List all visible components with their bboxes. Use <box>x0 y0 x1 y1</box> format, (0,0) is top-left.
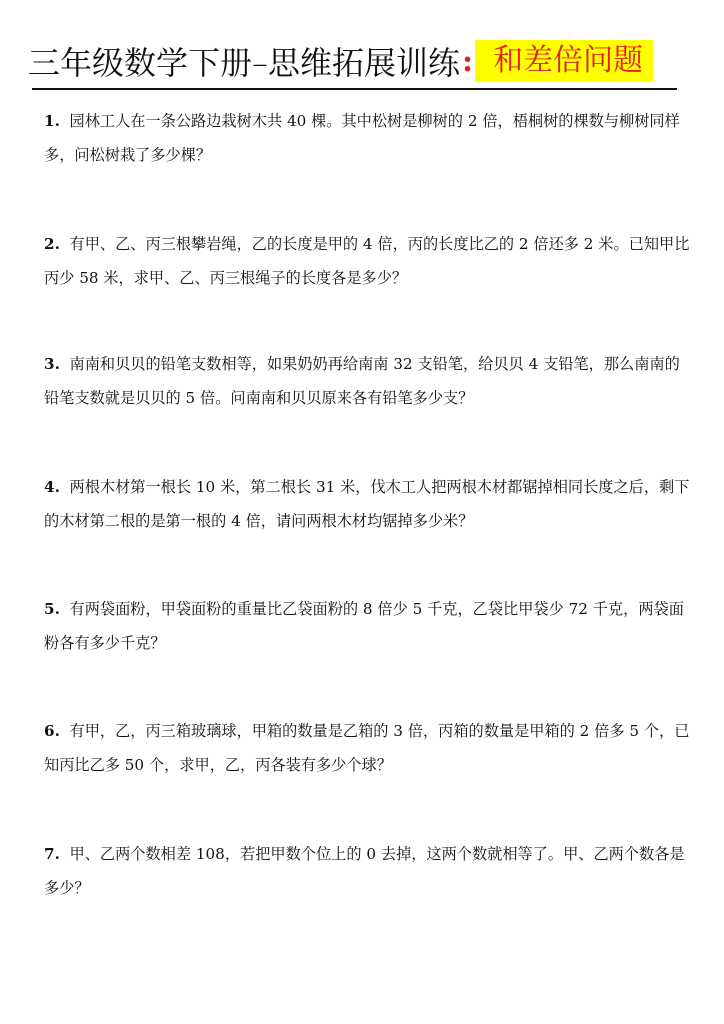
question-text: 南南和贝贝的铅笔支数相等，如果奶奶再给南南 32 支铅笔，给贝贝 4 支铅笔，那… <box>44 355 680 407</box>
question-text: 有甲，乙，丙三箱玻璃球，甲箱的数量是乙箱的 3 倍，丙箱的数量是甲箱的 2 倍多… <box>44 722 689 774</box>
question-5: 5. 有两袋面粉，甲袋面粉的重量比乙袋面粉的 8 倍少 5 千克，乙袋比甲袋少 … <box>44 592 694 660</box>
question-7: 7. 甲、乙两个数相差 108，若把甲数个位上的 0 去掉，这两个数就相等了。甲… <box>44 837 694 905</box>
question-2: 2. 有甲、乙、丙三根攀岩绳，乙的长度是甲的 4 倍，丙的长度比乙的 2 倍还多… <box>44 227 694 295</box>
question-number: 6. <box>44 722 60 740</box>
question-number: 5. <box>44 600 60 618</box>
question-1: 1. 园林工人在一条公路边栽树木共 40 棵。其中松树是柳树的 2 倍，梧桐树的… <box>44 104 694 172</box>
question-number: 2. <box>44 235 60 253</box>
question-text: 两根木材第一根长 10 米，第二根长 31 米，伐木工人把两根木材都锯掉相同长度… <box>44 478 689 530</box>
question-number: 4. <box>44 478 60 496</box>
question-text: 有甲、乙、丙三根攀岩绳，乙的长度是甲的 4 倍，丙的长度比乙的 2 倍还多 2 … <box>44 235 689 287</box>
worksheet-title: 三年级数学下册–思维拓展训练 : 和差倍问题 <box>28 40 653 82</box>
title-topic-highlight: 和差倍问题 <box>475 40 653 82</box>
title-main: 三年级数学下册–思维拓展训练 <box>28 38 460 84</box>
question-3: 3. 南南和贝贝的铅笔支数相等，如果奶奶再给南南 32 支铅笔，给贝贝 4 支铅… <box>44 347 694 415</box>
question-4: 4. 两根木材第一根长 10 米，第二根长 31 米，伐木工人把两根木材都锯掉相… <box>44 470 694 538</box>
question-number: 3. <box>44 355 60 373</box>
question-text: 甲、乙两个数相差 108，若把甲数个位上的 0 去掉，这两个数就相等了。甲、乙两… <box>44 845 685 897</box>
question-text: 园林工人在一条公路边栽树木共 40 棵。其中松树是柳树的 2 倍，梧桐树的棵数与… <box>44 112 680 164</box>
title-underline <box>32 88 677 90</box>
question-6: 6. 有甲，乙，丙三箱玻璃球，甲箱的数量是乙箱的 3 倍，丙箱的数量是甲箱的 2… <box>44 714 694 782</box>
question-number: 1. <box>44 112 60 130</box>
question-text: 有两袋面粉，甲袋面粉的重量比乙袋面粉的 8 倍少 5 千克，乙袋比甲袋少 72 … <box>44 600 684 652</box>
title-colon: : <box>462 44 473 79</box>
question-number: 7. <box>44 845 60 863</box>
